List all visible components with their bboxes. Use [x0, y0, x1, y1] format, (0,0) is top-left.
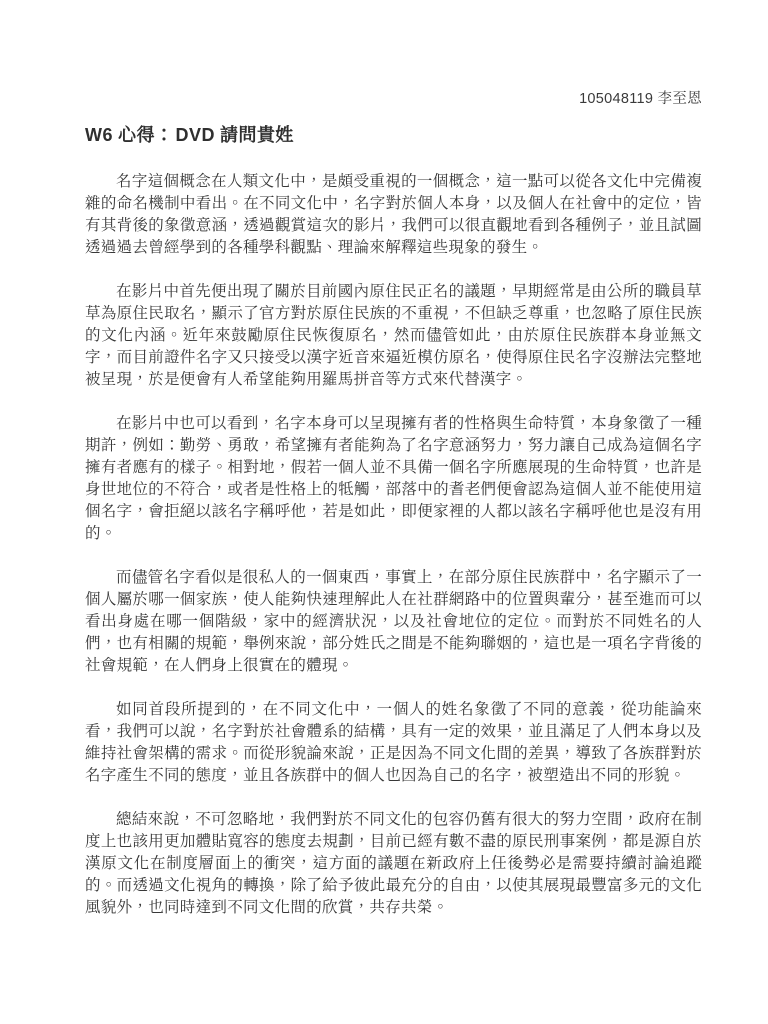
essay-paragraph-3: 在影片中也可以看到，名字本身可以呈現擁有者的性格與生命特質，本身象徵了一種期許，… [85, 413, 702, 545]
essay-paragraph-1: 名字這個概念在人類文化中，是頗受重視的一個概念，這一點可以從各文化中完備複雜的命… [85, 171, 702, 259]
essay-paragraph-4: 而儘管名字看似是很私人的一個東西，事實上，在部分原住民族群中，名字顯示了一個人屬… [85, 567, 702, 677]
student-id-name: 105048119 李至恩 [85, 90, 702, 108]
essay-body: 名字這個概念在人類文化中，是頗受重視的一個概念，這一點可以從各文化中完備複雜的命… [85, 171, 702, 919]
page-title: W6心得：DVD請問貴姓 [85, 123, 702, 147]
title-subject: 請問貴姓 [220, 125, 294, 145]
essay-paragraph-6: 總結來說，不可忽略地，我們對於不同文化的包容仍舊有很大的努力空間，政府在制度上也… [85, 809, 702, 919]
title-media: DVD [176, 125, 216, 145]
document-page: 105048119 李至恩 W6心得：DVD請問貴姓 名字這個概念在人類文化中，… [0, 0, 768, 1024]
essay-paragraph-2: 在影片中首先便出現了關於目前國內原住民正名的議題，早期經常是由公所的職員草草為原… [85, 281, 702, 391]
title-week: W6 [85, 125, 113, 145]
essay-paragraph-5: 如同首段所提到的，在不同文化中，一個人的姓名象徵了不同的意義，從功能論來看，我們… [85, 699, 702, 787]
title-label: 心得： [118, 125, 174, 145]
